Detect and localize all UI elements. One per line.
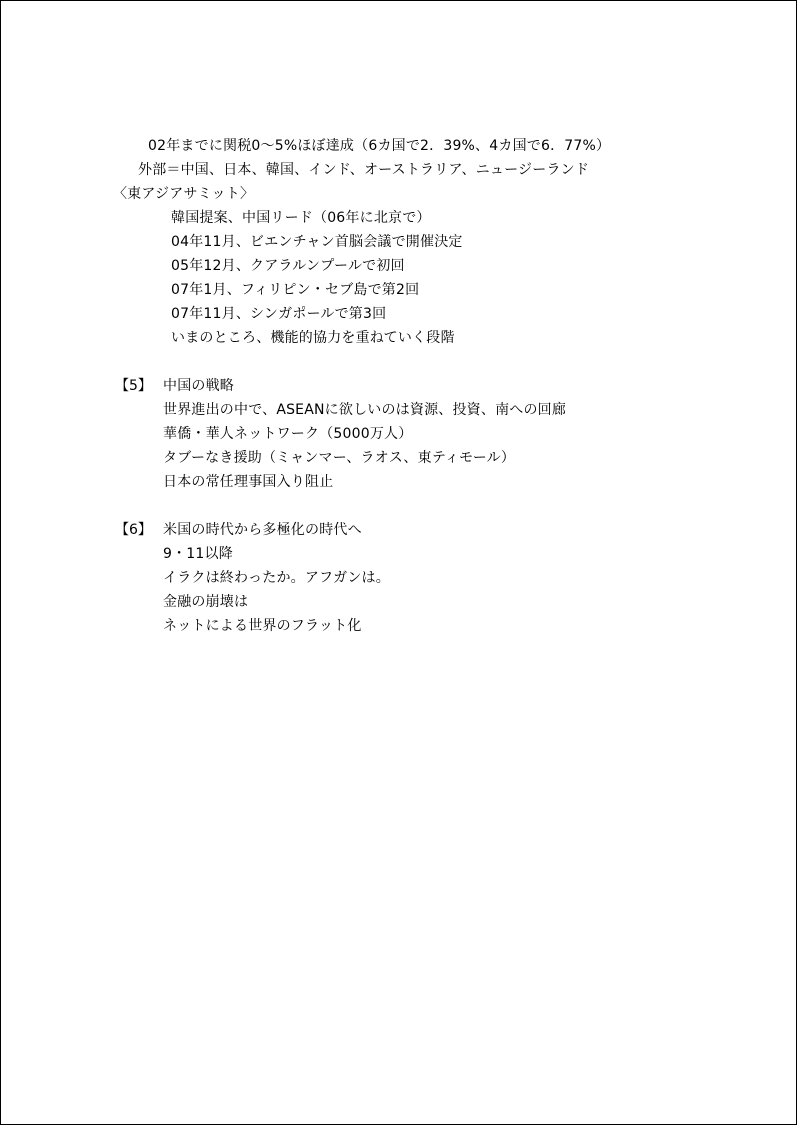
section-6-item: 金融の崩壊は — [163, 593, 248, 611]
summit-item: 05年12月、クアラルンプールで初回 — [171, 257, 405, 275]
summit-item: 04年11月、ビエンチャン首脳会議で開催決定 — [171, 233, 463, 251]
section-5-title: 中国の戦略 — [163, 377, 234, 395]
section-5-marker: 【5】 — [115, 377, 152, 395]
tariff-line: 02年までに関税0～5%ほぼ達成（6カ国で2．39%、4カ国で6．77%） — [148, 137, 610, 155]
section-5-item: タブーなき援助（ミャンマー、ラオス、東ティモール） — [163, 449, 515, 467]
external-partners-line: 外部＝中国、日本、韓国、インド、オーストラリア、ニュージーランド — [138, 161, 589, 179]
document-page: 02年までに関税0～5%ほぼ達成（6カ国で2．39%、4カ国で6．77%） 外部… — [0, 0, 797, 1125]
summit-item: いまのところ、機能的協力を重ねていく段階 — [171, 329, 455, 347]
section-6-title: 米国の時代から多極化の時代へ — [163, 521, 362, 539]
summit-item: 07年11月、シンガポールで第3回 — [171, 305, 386, 323]
east-asia-summit-heading: 〈東アジアサミット〉 — [113, 185, 254, 203]
section-6-marker: 【6】 — [115, 521, 152, 539]
section-6-item: 9・11以降 — [163, 545, 233, 563]
summit-item: 07年1月、フィリピン・セブ島で第2回 — [171, 281, 419, 299]
section-6-item: イラクは終わったか。アフガンは。 — [163, 569, 390, 587]
summit-item: 韓国提案、中国リード（06年に北京で） — [171, 209, 431, 227]
section-5-item: 日本の常任理事国入り阻止 — [163, 473, 333, 491]
section-6-item: ネットによる世界のフラット化 — [163, 617, 362, 635]
section-5-item: 華僑・華人ネットワーク（5000万人） — [163, 425, 412, 443]
section-5-item: 世界進出の中で、ASEANに欲しいのは資源、投資、南への回廊 — [163, 401, 566, 419]
